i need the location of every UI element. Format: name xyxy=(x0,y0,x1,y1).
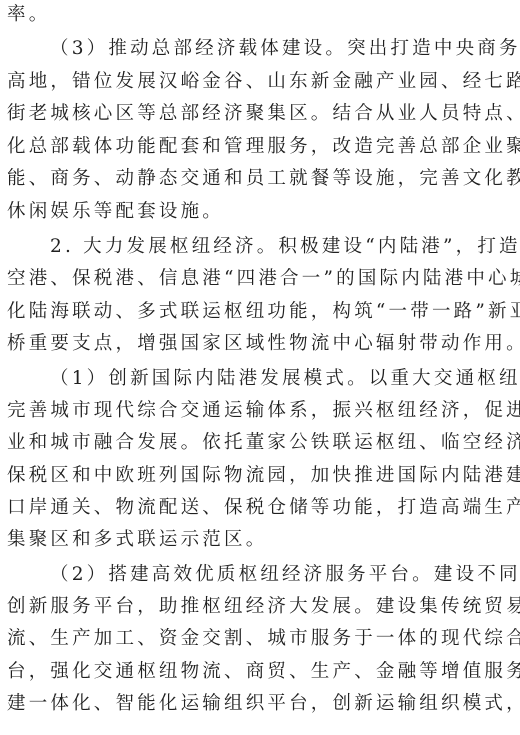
text-line: 流、生产加工、资金交割、城市服务于一体的现代综合服务平 xyxy=(7,624,509,654)
text-line: 口岸通关、物流配送、保税仓储等功能，打造高端生产性服务业 xyxy=(7,493,509,523)
text-line: 高地，错位发展汉峪金谷、山东新金融产业园、经七路—泺源大 xyxy=(7,67,509,97)
document-page: 率。 （3）推动总部经济载体建设。突出打造中央商务区总部经济 高地，错位发展汉峪… xyxy=(0,0,520,735)
text-line: 化总部载体功能配套和管理服务，改造完善总部企业聚焦区域智 xyxy=(7,132,509,162)
text-line: 休闲娱乐等配套设施。 xyxy=(7,197,509,227)
text-line: 创新服务平台，助推枢纽经济大发展。建设集传统贸易、电商物 xyxy=(7,592,509,622)
text-line: 保税区和中欧班列国际物流园，加快推进国际内陆港建设，集成 xyxy=(7,461,509,491)
paragraph-heading-3: （3）推动总部经济载体建设。突出打造中央商务区总部经济 xyxy=(50,34,509,64)
text-line: 街老城核心区等总部经济聚集区。结合从业人员特点、需求，强 xyxy=(7,99,509,129)
paragraph-heading-2: （2）搭建高效优质枢纽经济服务平台。建设不同功能层次的 xyxy=(50,560,509,590)
section-heading-2: 2. 大力发展枢纽经济。积极建设“内陆港”，打造集路港、 xyxy=(50,232,509,262)
text-line: 空港、保税港、信息港“四港合一”的国际内陆港中心城市，强 xyxy=(7,264,509,294)
text-line: 桥重要支点，增强国家区域性物流中心辐射带动作用。 xyxy=(7,329,509,359)
text-line: 完善城市现代综合交通运输体系，振兴枢纽经济，促进交通、产 xyxy=(7,396,509,426)
text-line: 业和城市融合发展。依托董家公铁联运枢纽、临空经济区、综合 xyxy=(7,428,509,458)
text-line: 化陆海联动、多式联运枢纽功能，构筑“一带一路”新亚欧大陆 xyxy=(7,297,509,327)
text-line: 集聚区和多式联运示范区。 xyxy=(7,525,509,555)
text-line: 台，强化交通枢纽物流、商贸、生产、金融等增值服务功能。构 xyxy=(7,657,509,687)
text-line: 建一体化、智能化运输组织平台，创新运输组织模式，整合区域 xyxy=(7,689,509,719)
text-line: 率。 xyxy=(7,0,509,30)
text-line: 能、商务、动静态交通和员工就餐等设施，完善文化教育、体育 xyxy=(7,164,509,194)
paragraph-heading-1: （1）创新国际内陆港发展模式。以重大交通枢纽为切入点， xyxy=(50,364,509,394)
